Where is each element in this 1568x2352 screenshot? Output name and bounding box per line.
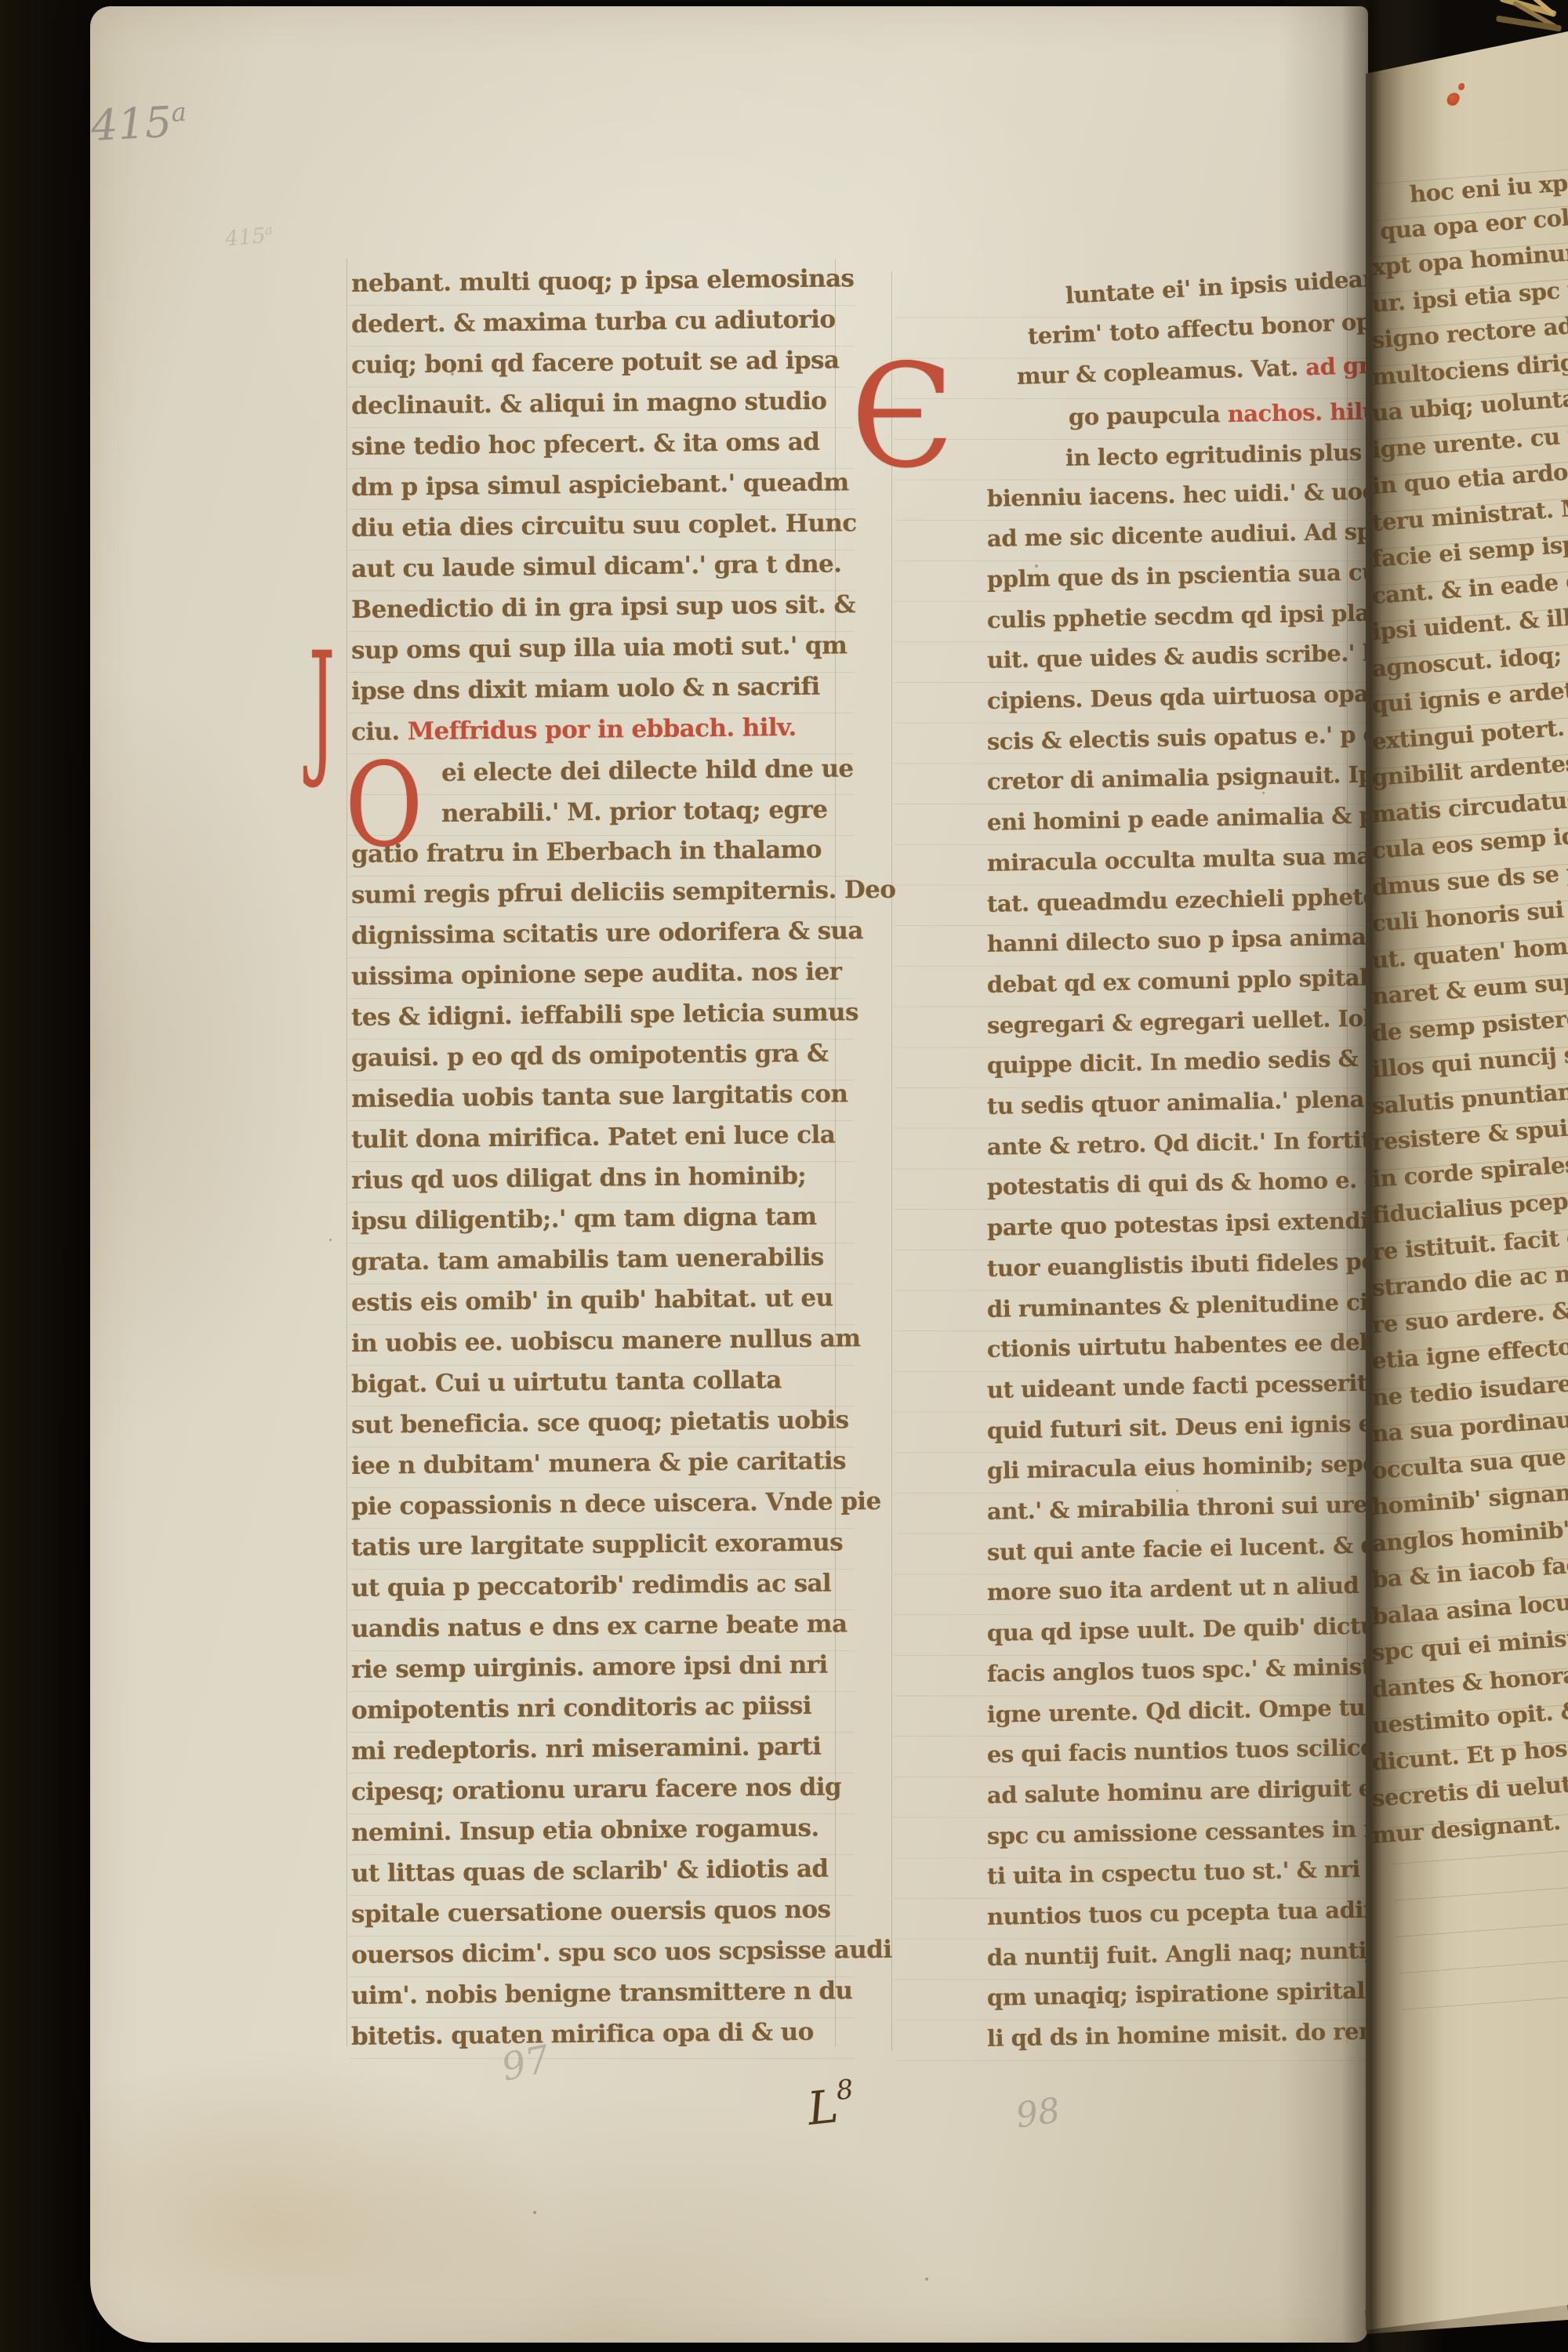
page-number-pencil-right: 98 <box>1014 2090 1063 2136</box>
text-line: uissima opinione sepe audita. nos ier <box>351 951 842 997</box>
text-line: sup oms qui sup illa uia moti sut.' qm <box>351 625 848 671</box>
rubric-text: Meffridus por in ebbach. hilv. <box>399 713 796 746</box>
book-binding-edge <box>0 0 102 2352</box>
text-run: dignissima scitatis ure odorifera & sua <box>351 916 863 950</box>
text-line: ad salute hominu are diriguit ee <box>987 1768 1388 1816</box>
text-line: uim'. nobis benigne transmittere n du <box>351 1970 853 2016</box>
text-line: iee n dubitam' munera & pie caritatis <box>351 1440 846 1486</box>
text-line: misedia uobis tanta sue largitatis con <box>351 1073 848 1120</box>
text-run: omipotentis nri conditoris ac piissi <box>351 1692 811 1725</box>
text-line: in uobis ee. uobiscu manere nullus am <box>351 1318 861 1364</box>
text-line: ipsu diligentib;.' qm tam digna tam <box>351 1196 817 1242</box>
manuscript-photo: { "photo": { "folio_number_pencil": {"nu… <box>0 0 1568 2352</box>
text-run: nebant. multi quoq; p ipsa elemosinas <box>351 264 855 298</box>
text-run: miracula occulta multa sua manifes <box>987 841 1432 877</box>
text-line: tatis ure largitate supplicit exoramus <box>351 1522 843 1568</box>
text-line: mi redeptoris. nri miseramini. parti <box>351 1726 822 1772</box>
text-run: uandis natus e dns ex carne beate ma <box>351 1610 848 1643</box>
text-run: sumi regis pfrui deliciis sempiternis. D… <box>351 876 896 909</box>
rubricated-initial-E: Є <box>851 345 954 488</box>
text-line: rius qd uos diligat dns in hominib; <box>351 1156 807 1201</box>
text-run: igne urente. Qd dicit. Ompe tu ille <box>987 1693 1412 1727</box>
text-line: nemini. Insup etia obnixe rogamus. <box>351 1808 819 1853</box>
text-line: bitetis. quaten mirifica opa di & uo <box>351 2012 814 2057</box>
text-run: qm unaqiq; ispiratione spiritali il <box>987 1976 1398 2011</box>
manuscript-right-page: hoc eni iu xpr hominqua opa eor colligun… <box>1366 0 1568 2352</box>
page-number-pencil-left: 97 <box>498 2037 554 2089</box>
text-run: declinauit. & aliqui in magno studio <box>351 387 827 420</box>
text-run: bigat. Cui u uirtutu tanta collata <box>351 1366 782 1399</box>
text-run: uissima opinione sepe audita. nos ier <box>351 957 842 991</box>
text-run: cuiq; boni qd facere potuit se ad ipsa <box>351 346 840 379</box>
text-run: da nuntij fuit. Angli naq; nuntij st.' <box>987 1936 1419 1971</box>
text-run: more suo ita ardent ut n aliud uelit <box>987 1571 1424 1606</box>
text-run: spitale cuersatione ouersis quos nos <box>351 1896 831 1929</box>
text-run: rie semp uirginis. amore ipsi dni nri <box>351 1651 828 1684</box>
text-line: tulit dona mirifica. Patet eni luce cla <box>351 1115 836 1160</box>
rubricated-initial-I: J <box>309 633 335 781</box>
text-line: omipotentis nri conditoris ac piissi <box>351 1686 811 1731</box>
text-line: sumi regis pfrui deliciis sempiternis. D… <box>351 869 896 916</box>
text-run: gauisi. p eo qd ds omipotentis gra & <box>351 1040 829 1073</box>
text-line: nebant. multi quoq; p ipsa elemosinas <box>351 258 855 304</box>
text-run: diu etia dies circuitu suu coplet. Hunc <box>351 509 857 543</box>
folio-number-ghost: 415a <box>224 222 274 251</box>
text-line: rie semp uirginis. amore ipsi dni nri <box>351 1645 828 1690</box>
text-run: ad salute hominu are diriguit ee <box>987 1774 1387 1809</box>
text-run: tulit dona mirifica. Patet eni luce cla <box>351 1121 836 1154</box>
text-run: mur & copleamus. Vat. <box>1016 354 1298 390</box>
text-line: sine tedio hoc pfecert. & ita oms ad <box>351 422 820 467</box>
vertical-ruling <box>891 271 892 2051</box>
text-line: ei electe dei dilecte hild dne ue <box>441 748 854 793</box>
text-run: iee n dubitam' munera & pie caritatis <box>351 1446 846 1480</box>
text-run: ipsu diligentib;.' qm tam digna tam <box>351 1203 817 1236</box>
text-run: dedert. & maxima turba cu adiutorio <box>351 306 836 339</box>
text-run: pie copassionis n dece uiscera. Vnde pie <box>351 1487 881 1521</box>
text-run: uim'. nobis benigne transmittere n du <box>351 1976 853 2010</box>
text-run: in uobis ee. uobiscu manere nullus am <box>351 1324 861 1358</box>
text-line: go paupcula nachos. hiluec. <box>1069 391 1414 438</box>
text-line: sut beneficia. sce quoq; pietatis uobis <box>351 1399 849 1446</box>
thread <box>1496 15 1562 31</box>
text-line: pie copassionis n dece uiscera. Vnde pie <box>351 1481 881 1527</box>
vertical-ruling <box>347 259 347 2046</box>
text-line: cuiq; boni qd facere potuit se ad ipsa <box>351 339 840 386</box>
text-column-1: nebant. multi quoq; p ipsa elemosinasded… <box>351 263 853 2067</box>
rubricated-initial-O: O <box>345 747 423 863</box>
text-run: sut beneficia. sce quoq; pietatis uobis <box>351 1406 849 1439</box>
bookmark-tab <box>1494 0 1568 52</box>
text-run: Benedictio di in gra ipsi sup uos sit. & <box>351 590 855 624</box>
text-run: nemini. Insup etia obnixe rogamus. <box>351 1814 819 1847</box>
text-run: nerabili.' M. prior totaq; egre <box>441 796 828 828</box>
text-run: cretor di animalia psignauit. Ipse <box>987 760 1401 795</box>
text-run: sup oms qui sup illa uia moti sut.' qm <box>351 631 848 665</box>
text-run: sine tedio hoc pfecert. & ita oms ad <box>351 428 820 461</box>
text-line: diu etia dies circuitu suu coplet. Hunc <box>351 503 857 549</box>
text-run: ctionis uirtutu habentes ee debent. <box>987 1328 1423 1363</box>
text-line: grata. tam amabilis tam uenerabilis <box>351 1237 824 1283</box>
text-line: spitale cuersatione ouersis quos nos <box>351 1889 831 1935</box>
text-line: declinauit. & aliqui in magno studio <box>351 381 827 426</box>
text-run: ipse dns dixit miam uolo & n sacrifi <box>351 673 820 706</box>
text-run: ut littas quas de sclarib' & idiotis ad <box>351 1855 829 1888</box>
text-run: tuor euanglistis ibuti fideles pcepta <box>987 1247 1429 1282</box>
quire-signature: L8 <box>804 2074 857 2136</box>
text-line: ut quia p peccatorib' redimdis ac sal <box>351 1563 832 1609</box>
text-column-right-page: hoc eni iu xpr hominqua opa eor colligun… <box>1366 0 1568 2352</box>
text-run: tes & idigni. ieffabili spe leticia sumu… <box>351 998 858 1032</box>
text-line: dedert. & maxima turba cu adiutorio <box>351 299 836 345</box>
text-run: rius qd uos diligat dns in hominib; <box>351 1162 807 1195</box>
text-line: cipesq; orationu uraru facere nos dig <box>351 1766 842 1813</box>
text-line: dm p ipsa simul aspiciebant.' queadm <box>351 462 849 508</box>
text-line: aut cu laude simul dicam'.' gra t dne. <box>351 543 842 590</box>
text-run: go paupcula <box>1069 401 1221 430</box>
text-run: bitetis. quaten mirifica opa di & uo <box>351 2018 814 2051</box>
text-line: ut littas quas de sclarib' & idiotis ad <box>351 1849 829 1894</box>
manuscript-left-page: 415a 415a nebant. multi quoq; p ipsa ele… <box>90 6 1368 2343</box>
text-line: bigat. Cui u uirtutu tanta collata <box>351 1359 782 1405</box>
text-line: ouersos dicim'. spu sco uos scpsisse aud… <box>351 1929 892 1976</box>
text-run: misedia uobis tanta sue largitatis con <box>351 1080 848 1113</box>
text-line: gauisi. p eo qd ds omipotentis gra & <box>351 1033 829 1079</box>
text-run: ut quia p peccatorib' redimdis ac sal <box>351 1570 832 1602</box>
text-run: ei electe dei dilecte hild dne ue <box>441 754 854 787</box>
text-line: uandis natus e dns ex carne beate ma <box>351 1603 848 1650</box>
text-line: tes & idigni. ieffabili spe leticia sumu… <box>351 992 858 1038</box>
text-run: estis eis omib' in quib' habitat. ut eu <box>351 1284 833 1317</box>
text-run: mi redeptoris. nri miseramini. parti <box>351 1733 822 1766</box>
folio-number-pencil: 415a <box>89 96 188 151</box>
text-run: tatis ure largitate supplicit exoramus <box>351 1528 843 1562</box>
text-run: ouersos dicim'. spu sco uos scpsisse aud… <box>351 1936 892 1969</box>
text-line: ipse dns dixit miam uolo & n sacrifi <box>351 666 820 712</box>
text-column-2: luntate ei' in ipsis uideam'. & quru pot… <box>897 276 1383 2071</box>
text-line: nerabili.' M. prior totaq; egre <box>441 789 828 834</box>
text-run: aut cu laude simul dicam'.' gra t dne. <box>351 550 842 583</box>
text-line: Benedictio di in gra ipsi sup uos sit. & <box>351 584 855 630</box>
text-line: estis eis omib' in quib' habitat. ut eu <box>351 1278 833 1323</box>
text-line: dignissima scitatis ure odorifera & sua <box>351 910 863 956</box>
text-run: cipesq; orationu uraru facere nos dig <box>351 1773 841 1806</box>
text-run: grata. tam amabilis tam uenerabilis <box>351 1243 824 1276</box>
text-run: dm p ipsa simul aspiciebant.' queadm <box>351 468 849 502</box>
